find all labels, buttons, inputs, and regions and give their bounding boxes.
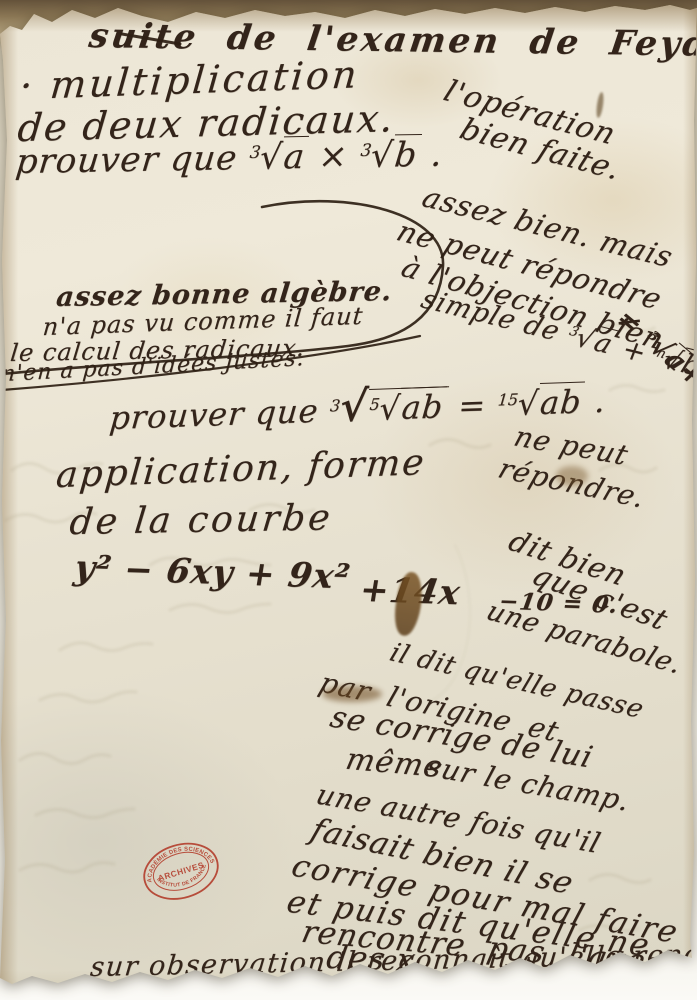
problem3-heading2: de la courbe xyxy=(68,497,335,543)
problem1-formula-line: prouver que 3√a × 3√b . xyxy=(14,135,445,183)
equals-sign: = xyxy=(446,385,499,425)
equation-part2: +14x xyxy=(357,570,463,613)
period: . xyxy=(582,382,608,421)
radical-index: 15 xyxy=(497,389,519,409)
times-sign: × xyxy=(305,136,362,177)
radical-arg: ab xyxy=(537,381,586,422)
paper-sheet: suite de l'examen de Feydeau. · multipli… xyxy=(0,0,697,1000)
prove-prefix: prouver que xyxy=(108,391,332,437)
radical-index: 5 xyxy=(369,394,381,413)
archives-stamp: ACADÉMIE DES SCIENCES ARCHIVES INSTITUT … xyxy=(134,833,227,911)
prove-prefix: prouver que xyxy=(14,138,252,182)
manuscript-page: suite de l'examen de Feydeau. · multipli… xyxy=(0,0,697,1000)
problem3-heading1: application, forme xyxy=(54,442,427,496)
paper-sheet-wrap: suite de l'examen de Feydeau. · multipli… xyxy=(0,0,697,1000)
equation-part1: y² − 6xy + 9x² xyxy=(72,548,354,597)
period: . xyxy=(417,135,445,175)
radical-index: 3 xyxy=(360,141,373,161)
radical-arg: ab xyxy=(398,386,447,427)
radical-index: 3 xyxy=(329,396,341,415)
radical-sign: √ xyxy=(338,381,370,431)
